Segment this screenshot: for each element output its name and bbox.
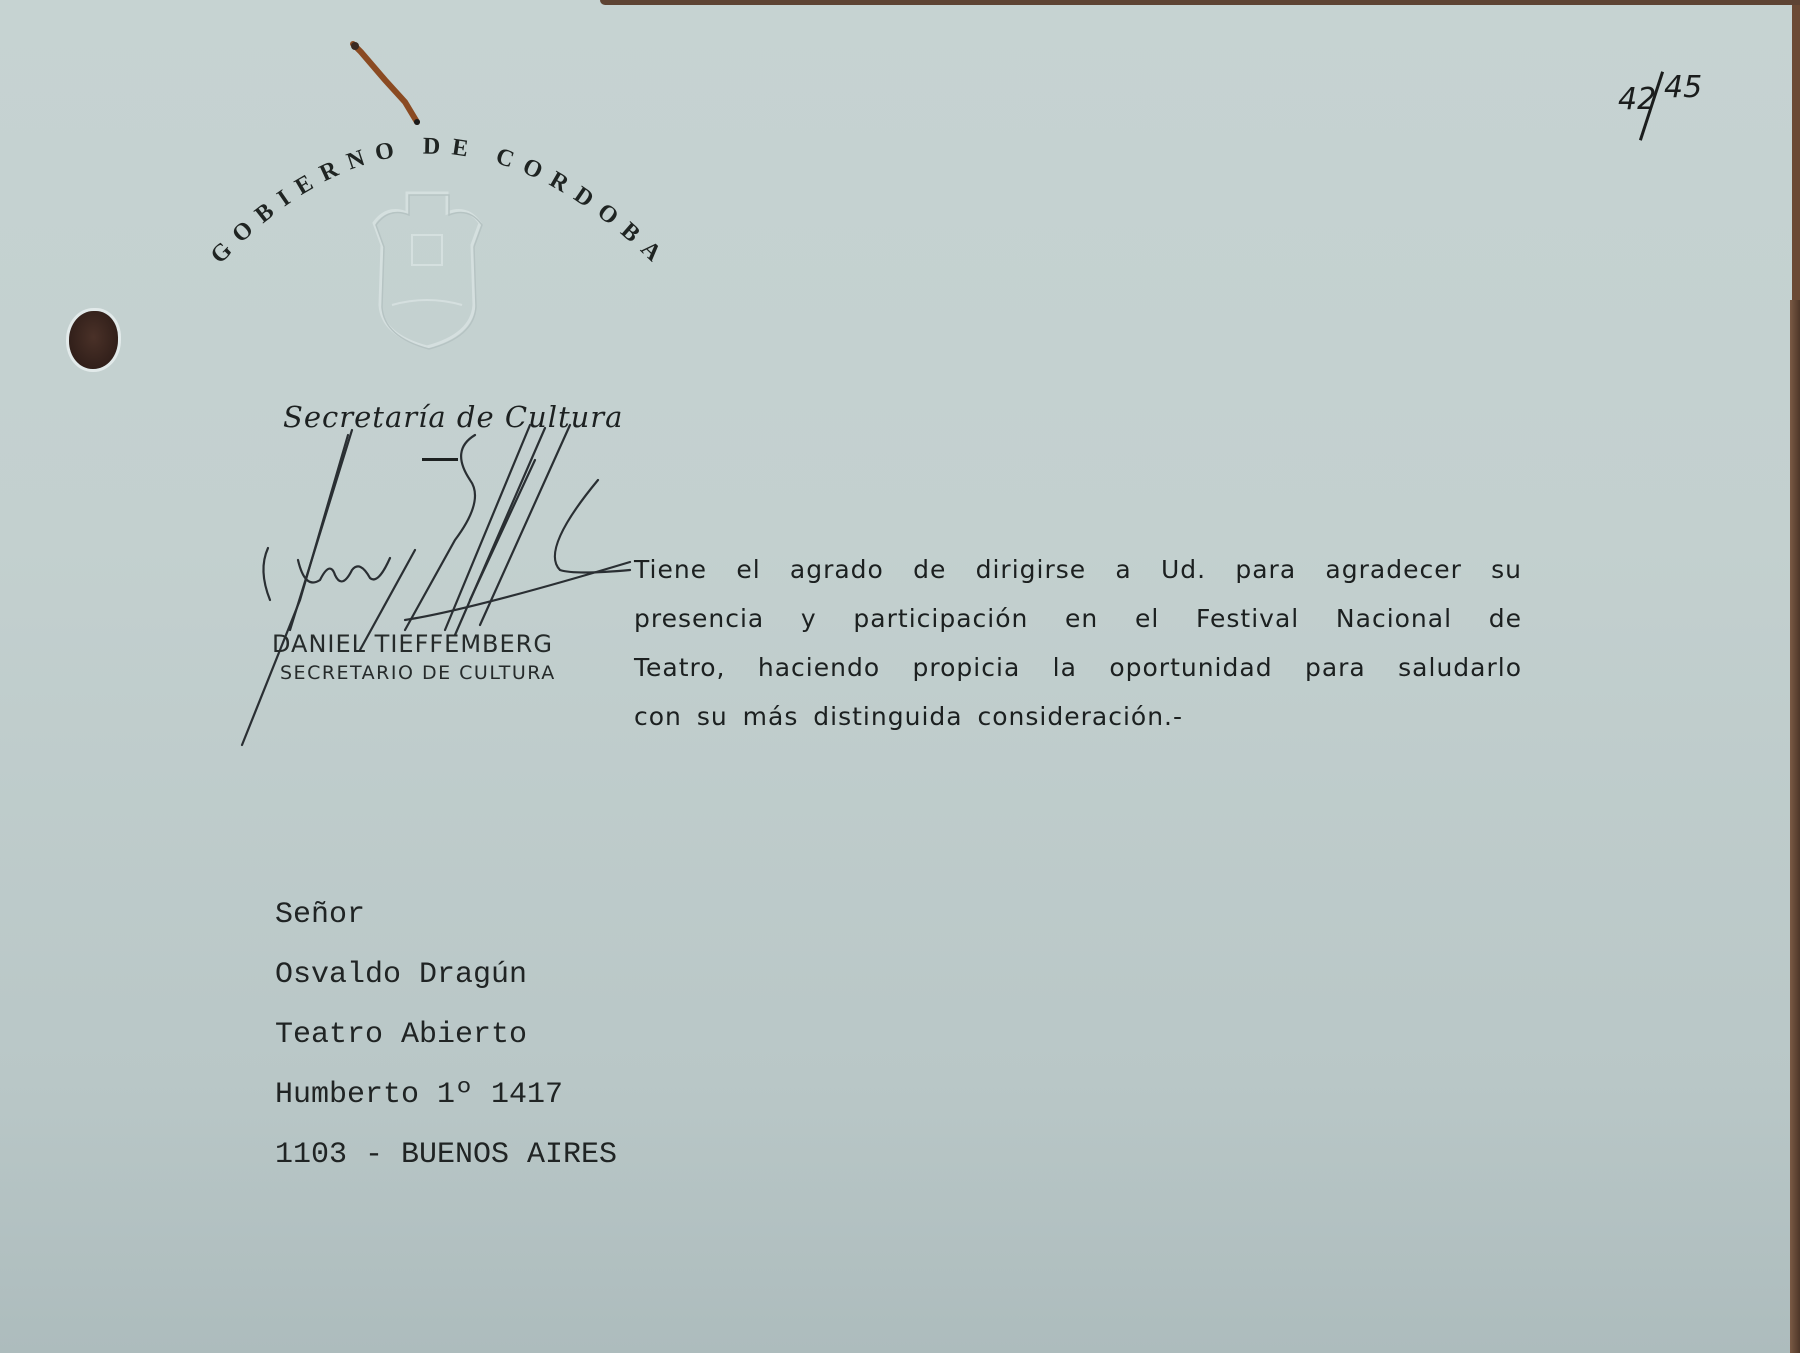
recipient-city: 1103 - BUENOS AIRES [275,1125,617,1185]
recipient-street: Humberto 1º 1417 [275,1065,617,1125]
recipient-salutation: Señor [275,885,617,945]
recipient-address: Señor Osvaldo Dragún Teatro Abierto Humb… [275,885,617,1185]
signature-scribble [230,400,650,750]
body-line: Tiene el agrado de dirigirse a Ud. para … [634,545,1522,594]
punch-hole [69,311,118,369]
body-line: presencia y participación en el Festival… [634,594,1522,643]
coat-of-arms-emboss-icon [362,185,492,350]
letter-body: Tiene el agrado de dirigirse a Ud. para … [634,545,1522,741]
folio-total: 45 [1664,70,1702,105]
body-line: Teatro, haciendo propicia la oportunidad… [634,643,1522,692]
folio-number: 42 45 [1610,70,1730,150]
recipient-organization: Teatro Abierto [275,1005,617,1065]
signer-name: DANIEL TIEFFEMBERG [272,630,553,658]
table-edge-right [1790,300,1800,1353]
table-edge-top [600,0,1800,5]
signer-title: SECRETARIO DE CULTURA [280,662,556,684]
body-line: con su más distinguida consideración.- [634,692,1522,741]
recipient-name: Osvaldo Dragún [275,945,617,1005]
